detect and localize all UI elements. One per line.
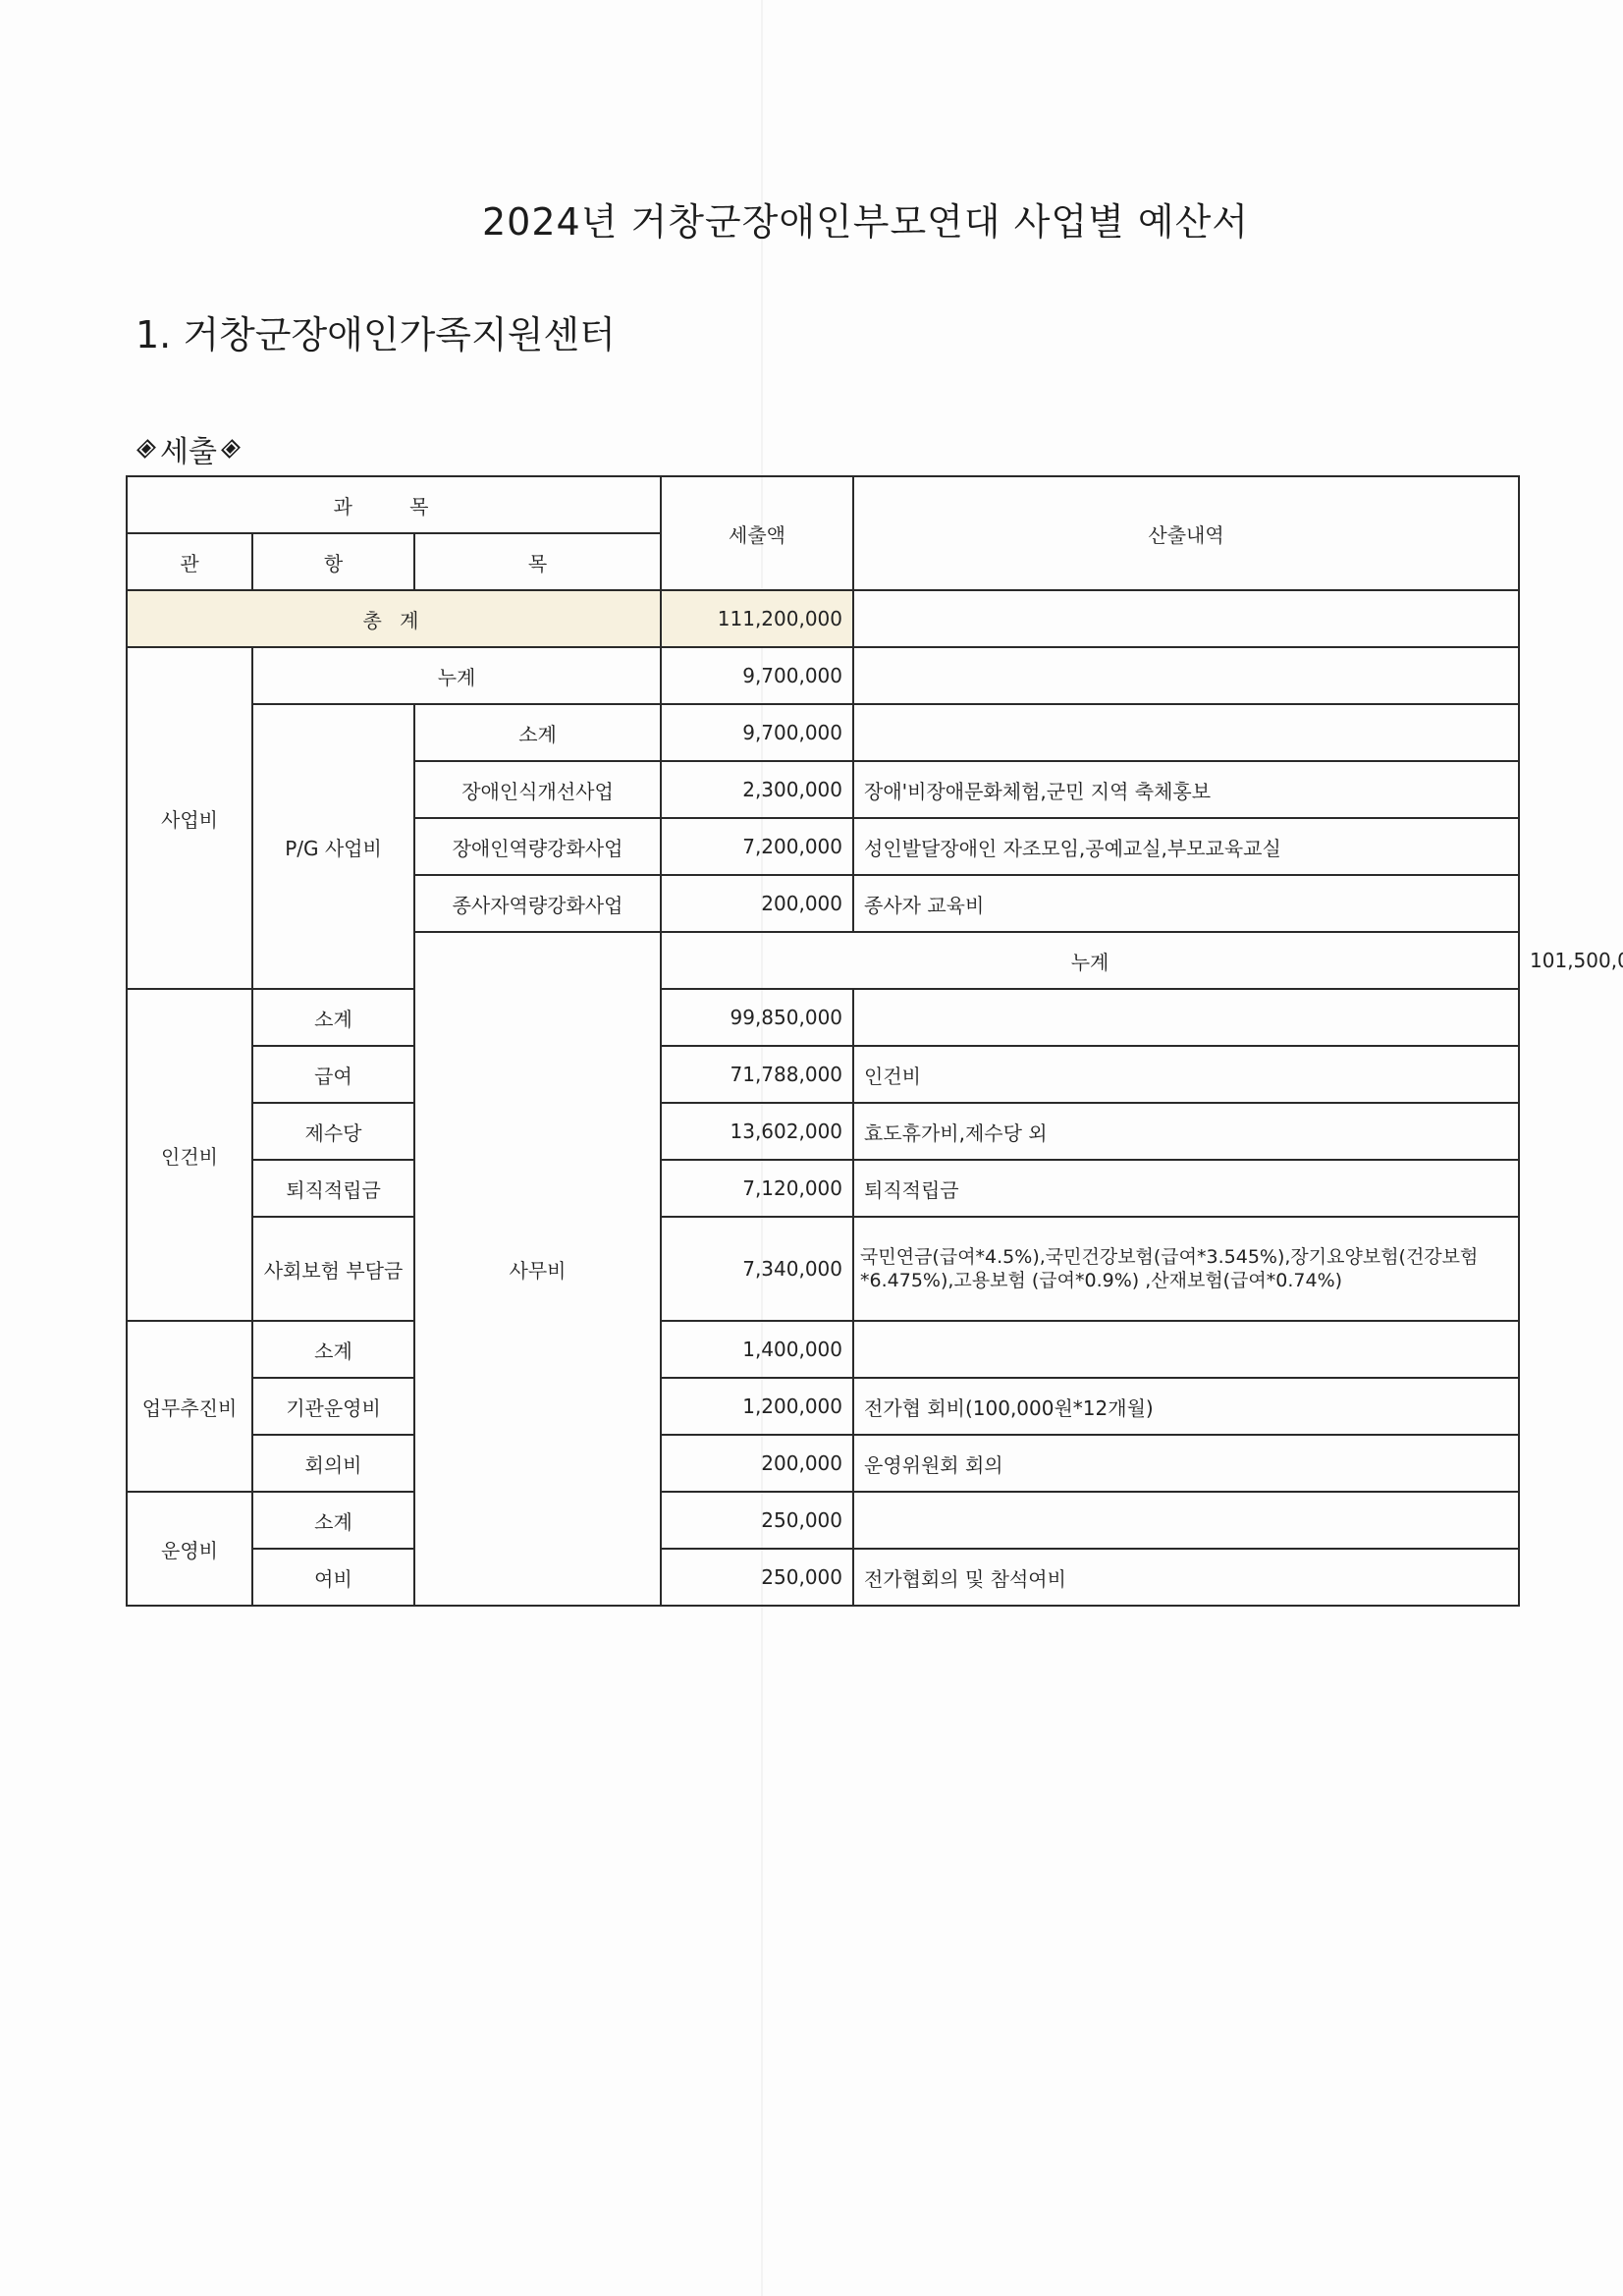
gwan-cell: 사업비 xyxy=(127,647,252,989)
table-row: 퇴직적립금 7,120,000 퇴직적립금 xyxy=(127,1160,1519,1217)
amount-cell: 71,788,000 xyxy=(661,1046,853,1103)
amount-cell: 7,340,000 xyxy=(661,1217,853,1321)
header-mok: 목 xyxy=(414,533,661,590)
details-cell xyxy=(853,989,1519,1046)
diamond-bullet-icon xyxy=(136,439,156,459)
details-cell: 전가협 회비(100,000원*12개월) xyxy=(853,1378,1519,1435)
mok-cell: 기관운영비 xyxy=(252,1378,414,1435)
details-cell: 국민연금(급여*4.5%),국민건강보험(급여*3.545%),장기요양보험(건… xyxy=(853,1217,1519,1321)
section-title: 1. 거창군장애인가족지원센터 xyxy=(135,304,616,358)
table-row: P/G 사업비 소계 9,700,000 xyxy=(127,704,1519,761)
mok-cell: 소계 xyxy=(252,1321,414,1378)
header-amount: 세출액 xyxy=(661,476,853,590)
cumulative-amount: 9,700,000 xyxy=(661,647,853,704)
details-cell: 효도휴가비,제수당 외 xyxy=(853,1103,1519,1160)
cumulative-details xyxy=(853,647,1519,704)
table-row: 여비 250,000 전가협회의 및 참석여비 xyxy=(127,1549,1519,1606)
subsection-heading: 세출 xyxy=(133,427,244,470)
details-cell: 퇴직적립금 xyxy=(853,1160,1519,1217)
mok-cell: 소계 xyxy=(414,704,661,761)
details-cell: 운영위원회 회의 xyxy=(853,1435,1519,1492)
amount-cell: 1,200,000 xyxy=(661,1378,853,1435)
grand-total-details xyxy=(853,590,1519,647)
grand-total-label: 총 계 xyxy=(127,590,661,647)
details-cell: 종사자 교육비 xyxy=(853,875,1519,932)
table-row: 사회보험 부담금 7,340,000 국민연금(급여*4.5%),국민건강보험(… xyxy=(127,1217,1519,1321)
table-row: 사업비 누계 9,700,000 xyxy=(127,647,1519,704)
mok-cell: 장애인식개선사업 xyxy=(414,761,661,818)
table-row: 제수당 13,602,000 효도휴가비,제수당 외 xyxy=(127,1103,1519,1160)
amount-cell: 2,300,000 xyxy=(661,761,853,818)
diamond-bullet-icon xyxy=(221,439,241,459)
mok-cell: 회의비 xyxy=(252,1435,414,1492)
header-subject: 과 목 xyxy=(127,476,661,533)
amount-cell: 99,850,000 xyxy=(661,989,853,1046)
amount-cell: 250,000 xyxy=(661,1492,853,1549)
table-row: 인건비 소계 99,850,000 xyxy=(127,989,1519,1046)
details-cell xyxy=(853,1321,1519,1378)
mok-cell: 소계 xyxy=(252,989,414,1046)
hang-cell: 인건비 xyxy=(127,989,252,1321)
mok-cell: 장애인역량강화사업 xyxy=(414,818,661,875)
amount-cell: 200,000 xyxy=(661,875,853,932)
mok-cell: 소계 xyxy=(252,1492,414,1549)
details-cell: 인건비 xyxy=(853,1046,1519,1103)
amount-cell: 13,602,000 xyxy=(661,1103,853,1160)
amount-cell: 200,000 xyxy=(661,1435,853,1492)
subsection-label: 세출 xyxy=(160,427,217,470)
details-cell: 장애'비장애문화체험,군민 지역 축체홍보 xyxy=(853,761,1519,818)
table-row: 업무추진비 소계 1,400,000 xyxy=(127,1321,1519,1378)
mok-cell: 급여 xyxy=(252,1046,414,1103)
gwan-cell: 사무비 xyxy=(414,932,661,1606)
mok-cell: 여비 xyxy=(252,1549,414,1606)
amount-cell: 1,400,000 xyxy=(661,1321,853,1378)
details-cell: 전가협회의 및 참석여비 xyxy=(853,1549,1519,1606)
mok-cell: 사회보험 부담금 xyxy=(252,1217,414,1321)
table-row: 기관운영비 1,200,000 전가협 회비(100,000원*12개월) xyxy=(127,1378,1519,1435)
header-gwan: 관 xyxy=(127,533,252,590)
mok-cell: 종사자역량강화사업 xyxy=(414,875,661,932)
table-row: 급여 71,788,000 인건비 xyxy=(127,1046,1519,1103)
mok-cell: 제수당 xyxy=(252,1103,414,1160)
hang-cell: P/G 사업비 xyxy=(252,704,414,989)
details-cell xyxy=(853,1492,1519,1549)
header-details: 산출내역 xyxy=(853,476,1519,590)
hang-cell: 운영비 xyxy=(127,1492,252,1606)
amount-cell: 7,120,000 xyxy=(661,1160,853,1217)
document-title: 2024년 거창군장애인부모연대 사업별 예산서 xyxy=(0,191,1623,246)
hang-cell: 업무추진비 xyxy=(127,1321,252,1492)
amount-cell: 250,000 xyxy=(661,1549,853,1606)
table-row: 회의비 200,000 운영위원회 회의 xyxy=(127,1435,1519,1492)
table-row: 운영비 소계 250,000 xyxy=(127,1492,1519,1549)
grand-total-amount: 111,200,000 xyxy=(661,590,853,647)
details-cell: 성인발달장애인 자조모임,공예교실,부모교육교실 xyxy=(853,818,1519,875)
cumulative-label: 누계 xyxy=(661,932,1519,989)
header-hang: 항 xyxy=(252,533,414,590)
mok-cell: 퇴직적립금 xyxy=(252,1160,414,1217)
amount-cell: 9,700,000 xyxy=(661,704,853,761)
budget-table: 과 목 세출액 산출내역 관 항 목 총 계 111,200,000 사업비 누… xyxy=(126,475,1520,1607)
amount-cell: 7,200,000 xyxy=(661,818,853,875)
cumulative-label: 누계 xyxy=(252,647,661,704)
details-cell xyxy=(853,704,1519,761)
grand-total-row: 총 계 111,200,000 xyxy=(127,590,1519,647)
